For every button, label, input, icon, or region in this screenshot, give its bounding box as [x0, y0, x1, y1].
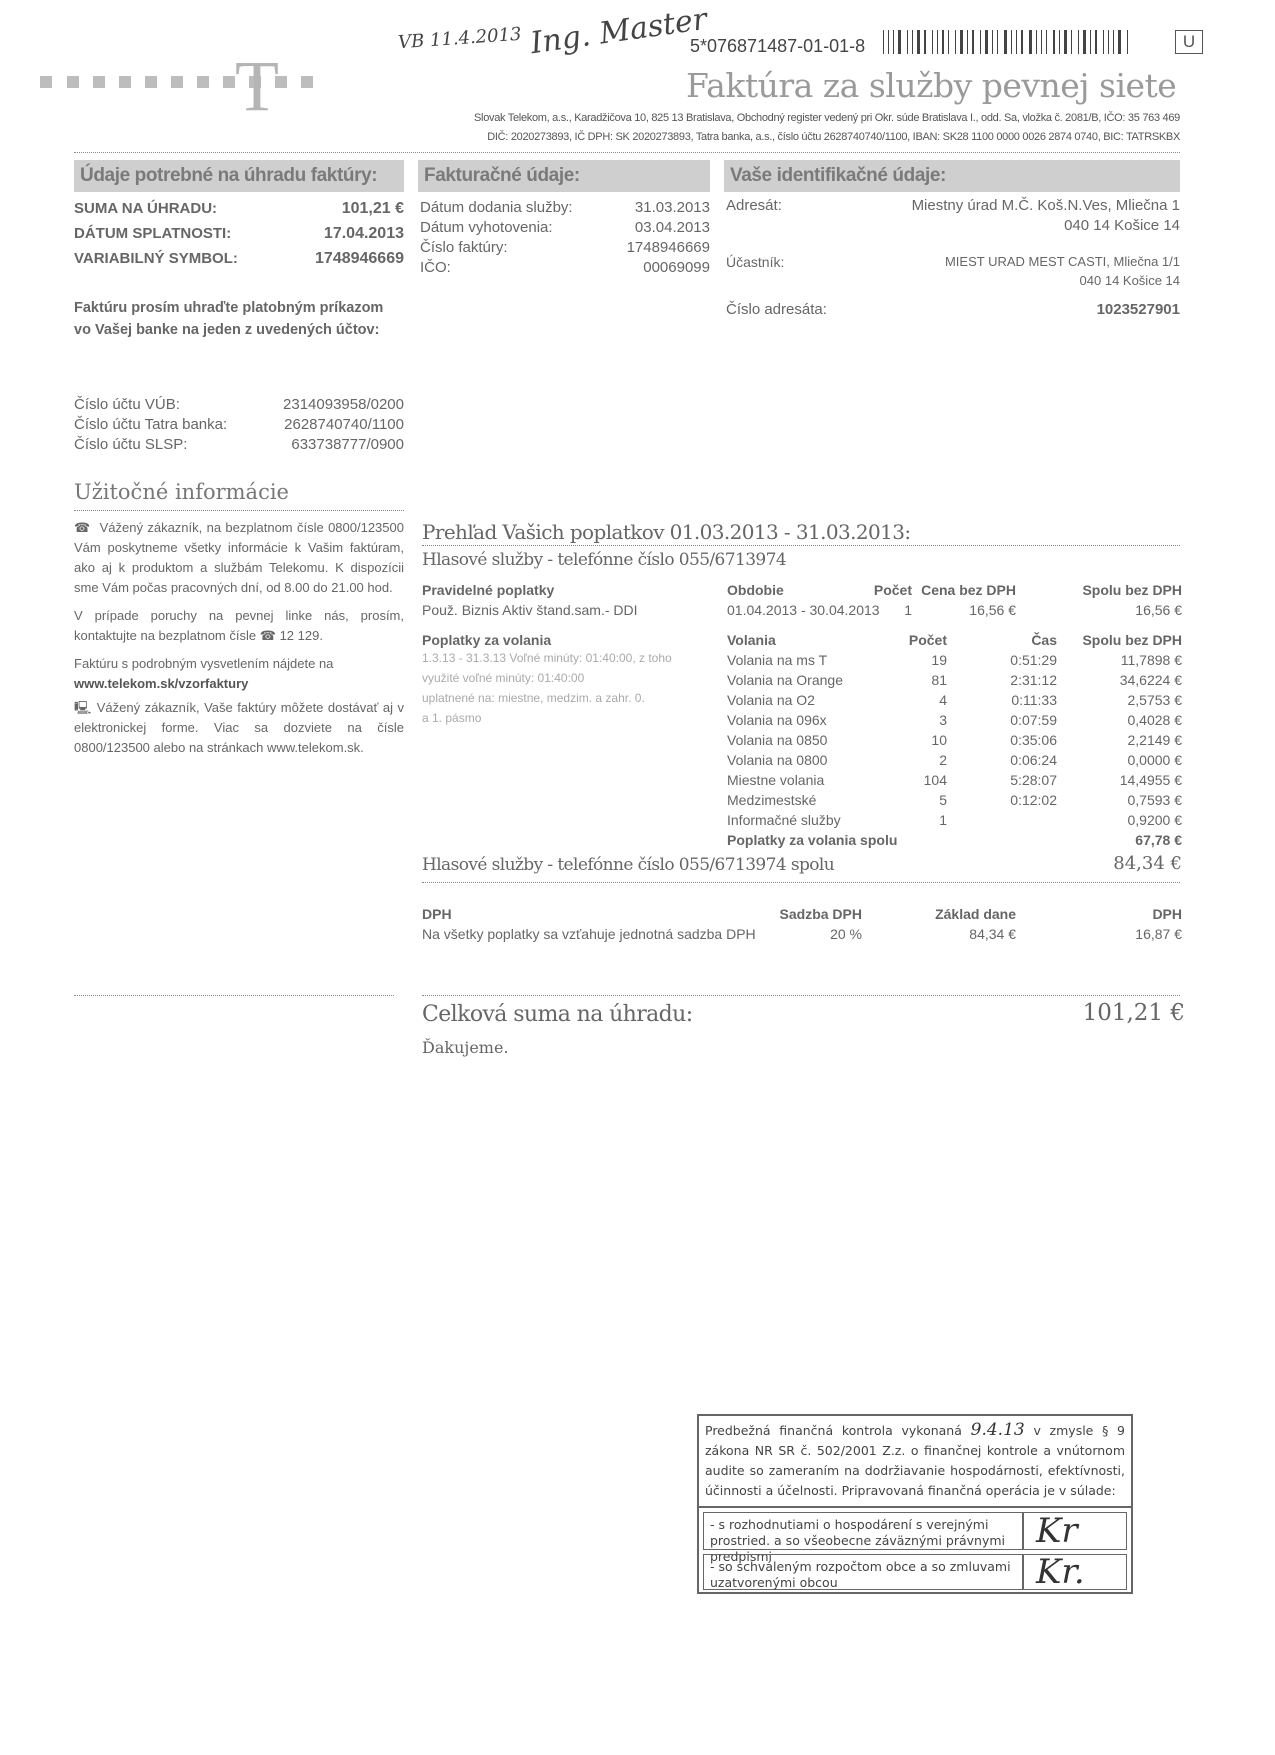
- table-row: Volania na 0850100:35:062,2149 €: [727, 730, 1182, 750]
- billing-row: IČO: 00069099: [420, 258, 710, 278]
- billing-row: Číslo faktúry: 1748946669: [420, 238, 710, 258]
- vat-header: DPH Sadzba DPH Základ dane DPH: [422, 906, 1182, 926]
- call-name: Volania na 096x: [727, 710, 887, 730]
- payment-instruction: Faktúru prosím uhraďte platobným príkazo…: [74, 297, 383, 341]
- info-text: V prípade poruchy na pevnej linke nás, p…: [74, 608, 404, 643]
- info-text: Vážený zákazník, na bezplatnom čísle 080…: [74, 520, 404, 595]
- addressee-line-2: 040 14 Košice 14: [726, 216, 1180, 236]
- info-paragraph: ☎ Vážený zákazník, na bezplatnom čísle 0…: [74, 518, 404, 598]
- call-name: Miestne volania: [727, 770, 887, 790]
- col-header: Počet: [887, 630, 947, 650]
- call-total: 0,7593 €: [1057, 790, 1182, 810]
- stamp-date: 9.4.13: [971, 1420, 1025, 1440]
- call-note-line: 1.3.13 - 31.3.13 Voľné minúty: 01:40:00,…: [422, 648, 672, 668]
- call-name: Informačné služby: [727, 810, 887, 830]
- legal-line-1: Slovak Telekom, a.s., Karadžičova 10, 82…: [360, 112, 1180, 124]
- col-header: Sadzba DPH: [780, 906, 862, 922]
- total-label: Celková suma na úhradu:: [422, 1002, 693, 1027]
- delivery-date-label: Dátum dodania služby:: [420, 198, 573, 218]
- fee-count: 1: [904, 602, 912, 618]
- call-count: 5: [887, 790, 947, 810]
- account-row: Číslo účtu VÚB: 2314093958/0200: [74, 395, 404, 415]
- call-total: 2,2149 €: [1057, 730, 1182, 750]
- service-total-value: 84,34 €: [1000, 853, 1182, 874]
- barcode-icon: [883, 30, 1153, 54]
- ico-value: 00069099: [643, 258, 710, 278]
- delivery-date-value: 31.03.2013: [635, 198, 710, 218]
- col-header: Pravidelné poplatky: [422, 582, 554, 598]
- vat-base: 84,34 €: [969, 926, 1016, 942]
- col-header: DPH: [1152, 906, 1182, 922]
- vat-description: Na všetky poplatky sa vzťahuje jednotná …: [422, 926, 756, 942]
- call-time: 0:07:59: [947, 710, 1057, 730]
- table-row: Volania na 080020:06:240,0000 €: [727, 750, 1182, 770]
- call-name: Medzimestské: [727, 790, 887, 810]
- calls-table: Volania Počet Čas Spolu bez DPH Volania …: [727, 630, 1182, 850]
- billing-row: Dátum dodania služby: 31.03.2013: [420, 198, 710, 218]
- call-count: 104: [887, 770, 947, 790]
- info-paragraph: Faktúru s podrobným vysvetlením nájdete …: [74, 654, 404, 694]
- useful-info-heading: Užitočné informácie: [74, 480, 289, 504]
- call-time: [947, 810, 1057, 830]
- table-row: Na všetky poplatky sa vzťahuje jednotná …: [422, 926, 1182, 946]
- handwritten-note: VB 11.4.2013: [397, 24, 522, 54]
- col-header: Spolu bez DPH: [1057, 630, 1182, 650]
- call-count: 3: [887, 710, 947, 730]
- call-name: Volania na ms T: [727, 650, 887, 670]
- divider: [74, 995, 394, 996]
- divider: [422, 995, 1180, 996]
- fee-name: Použ. Biznis Aktiv štand.sam.- DDI: [422, 602, 638, 618]
- call-total: 11,7898 €: [1057, 650, 1182, 670]
- billing-row: Dátum vyhotovenia: 03.04.2013: [420, 218, 710, 238]
- service-total-label: Hlasové služby - telefónne číslo 055/671…: [422, 855, 834, 875]
- variable-symbol-value: 1748946669: [315, 250, 404, 275]
- payment-row: DÁTUM SPLATNOSTI: 17.04.2013: [74, 225, 404, 250]
- signature-2: Kr.: [1023, 1554, 1127, 1590]
- financial-control-stamp: Predbežná finančná kontrola vykonaná 9.4…: [697, 1414, 1133, 1594]
- info-text: Vážený zákazník, Vaše faktúry môžete dos…: [74, 700, 404, 755]
- call-total: 2,5753 €: [1057, 690, 1182, 710]
- payment-row: VARIABILNÝ SYMBOL: 1748946669: [74, 250, 404, 275]
- col-header: Volania: [727, 630, 887, 650]
- regular-fees-header: Pravidelné poplatky Obdobie Počet Cena b…: [422, 582, 1182, 602]
- table-row: Informačné služby10,9200 €: [727, 810, 1182, 830]
- addressee-number: 1023527901: [1097, 300, 1180, 320]
- instruction-line-1: Faktúru prosím uhraďte platobným príkazo…: [74, 297, 383, 319]
- account-label: Číslo účtu VÚB:: [74, 395, 180, 415]
- account-value: 2314093958/0200: [283, 395, 404, 415]
- stamp-item-2: - so schváleným rozpočtom obce a so zmlu…: [703, 1554, 1023, 1590]
- phone-icon: ☎: [260, 628, 276, 643]
- thanks-text: Ďakujeme.: [422, 1038, 509, 1057]
- computer-icon: 🖳: [74, 700, 92, 715]
- amount-label: SUMA NA ÚHRADU:: [74, 200, 217, 225]
- call-time: 0:51:29: [947, 650, 1057, 670]
- divider: [74, 510, 404, 511]
- payment-heading: Údaje potrebné na úhradu faktúry:: [74, 160, 404, 192]
- amount-value: 101,21 €: [342, 200, 404, 225]
- variable-symbol-label: VARIABILNÝ SYMBOL:: [74, 250, 238, 275]
- telekom-logo: T: [40, 42, 350, 112]
- call-name: Volania na O2: [727, 690, 887, 710]
- issue-date-label: Dátum vyhotovenia:: [420, 218, 553, 238]
- divider: [422, 545, 1180, 546]
- service-heading: Hlasové služby - telefónne číslo 055/671…: [422, 550, 786, 570]
- col-header: Základ dane: [935, 906, 1016, 922]
- invoice-number-value: 1748946669: [627, 238, 710, 258]
- account-label: Číslo účtu SLSP:: [74, 435, 187, 455]
- calls-subtotal-label: Poplatky za volania spolu: [727, 830, 1057, 850]
- call-time: 0:35:06: [947, 730, 1057, 750]
- addressee-label: Adresát:: [726, 196, 782, 216]
- billing-details: Dátum dodania služby: 31.03.2013 Dátum v…: [420, 198, 710, 278]
- addressee-number-label: Číslo adresáta:: [726, 300, 827, 320]
- account-value: 2628740740/1100: [284, 415, 404, 435]
- table-row: Miestne volania1045:28:0714,4955 €: [727, 770, 1182, 790]
- participant-label: Účastník:: [726, 252, 784, 272]
- call-note-line: a 1. pásmo: [422, 708, 672, 728]
- col-header: Obdobie: [727, 582, 784, 598]
- logo-letter: T: [235, 50, 279, 122]
- call-count: 10: [887, 730, 947, 750]
- document-title: Faktúra za služby pevnej siete: [686, 66, 1176, 105]
- account-row: Číslo účtu Tatra banka: 2628740740/1100: [74, 415, 404, 435]
- fault-number: 12 129.: [280, 628, 323, 643]
- account-value: 633738777/0900: [291, 435, 404, 455]
- payment-row: SUMA NA ÚHRADU: 101,21 €: [74, 200, 404, 225]
- call-time: 0:11:33: [947, 690, 1057, 710]
- signature-1: Kr: [1023, 1512, 1127, 1550]
- vat-rate: 20 %: [830, 926, 862, 942]
- overview-heading: Prehľad Vašich poplatkov 01.03.2013 - 31…: [422, 520, 911, 544]
- call-time: 2:31:12: [947, 670, 1057, 690]
- call-name: Volania na 0800: [727, 750, 887, 770]
- info-text: Faktúru s podrobným vysvetlením nájdete …: [74, 656, 333, 671]
- invoice-number-label: Číslo faktúry:: [420, 238, 508, 258]
- document-code: 5*076871487-01-01-8: [690, 36, 865, 57]
- table-row: Volania na ms T190:51:2911,7898 €: [727, 650, 1182, 670]
- call-total: 14,4955 €: [1057, 770, 1182, 790]
- stamp-text-a: Predbežná finančná kontrola vykonaná: [705, 1423, 962, 1438]
- due-date-value: 17.04.2013: [324, 225, 404, 250]
- col-header: DPH: [422, 906, 452, 922]
- account-label: Číslo účtu Tatra banka:: [74, 415, 227, 435]
- table-row: Volania na O240:11:332,5753 €: [727, 690, 1182, 710]
- col-header: Čas: [947, 630, 1057, 650]
- code-box: U: [1175, 30, 1203, 54]
- bank-accounts: Číslo účtu VÚB: 2314093958/0200 Číslo úč…: [74, 395, 404, 455]
- call-total: 0,9200 €: [1057, 810, 1182, 830]
- vat-table: DPH Sadzba DPH Základ dane DPH Na všetky…: [422, 906, 1182, 946]
- call-total: 0,0000 €: [1057, 750, 1182, 770]
- col-header: Spolu bez DPH: [1082, 582, 1182, 598]
- table-row: Volania na Orange812:31:1234,6224 €: [727, 670, 1182, 690]
- identification-details: Adresát: Miestny úrad M.Č. Koš.N.Ves, Ml…: [726, 196, 1180, 320]
- info-paragraph: V prípade poruchy na pevnej linke nás, p…: [74, 606, 404, 646]
- instruction-line-2: vo Vašej banke na jeden z uvedených účto…: [74, 319, 383, 341]
- call-count: 2: [887, 750, 947, 770]
- call-time: 5:28:07: [947, 770, 1057, 790]
- calls-subtotal-row: Poplatky za volania spolu 67,78 €: [727, 830, 1182, 850]
- table-row: Medzimestské50:12:020,7593 €: [727, 790, 1182, 810]
- phone-icon: ☎: [74, 520, 91, 535]
- call-count: 4: [887, 690, 947, 710]
- issue-date-value: 03.04.2013: [635, 218, 710, 238]
- table-row: Použ. Biznis Aktiv štand.sam.- DDI 01.04…: [422, 602, 1182, 622]
- table-row: Volania na 096x30:07:590,4028 €: [727, 710, 1182, 730]
- useful-info-body: ☎ Vážený zákazník, na bezplatnom čísle 0…: [74, 518, 404, 758]
- call-name: Volania na 0850: [727, 730, 887, 750]
- fee-total: 16,56 €: [1135, 602, 1182, 618]
- legal-line-2: DIČ: 2020273893, IČ DPH: SK 2020273893, …: [360, 131, 1180, 143]
- col-header: Počet: [874, 582, 912, 598]
- call-note-line: využité voľné minúty: 01:40:00: [422, 668, 672, 688]
- vat-amount: 16,87 €: [1135, 926, 1182, 942]
- call-count: 1: [887, 810, 947, 830]
- invoice-guide-link[interactable]: www.telekom.sk/vzorfaktury: [74, 676, 248, 691]
- divider: [74, 152, 1180, 153]
- account-row: Číslo účtu SLSP: 633738777/0900: [74, 435, 404, 455]
- call-total: 34,6224 €: [1057, 670, 1182, 690]
- payment-details: SUMA NA ÚHRADU: 101,21 € DÁTUM SPLATNOST…: [74, 200, 404, 275]
- addressee-line-1: Miestny úrad M.Č. Koš.N.Ves, Mliečna 1: [912, 196, 1180, 216]
- handwritten-signature: Ing. Master: [528, 2, 709, 61]
- identification-heading: Vaše identifikačné údaje:: [724, 160, 1180, 192]
- call-time: 0:12:02: [947, 790, 1057, 810]
- info-paragraph: 🖳 Vážený zákazník, Vaše faktúry môžete d…: [74, 698, 404, 758]
- fee-price: 16,56 €: [969, 602, 1016, 618]
- regular-fees-table: Pravidelné poplatky Obdobie Počet Cena b…: [422, 582, 1182, 622]
- ico-label: IČO:: [420, 258, 451, 278]
- stamp-item-1: - s rozhodnutiami o hospodárení s verejn…: [703, 1512, 1023, 1550]
- call-name: Volania na Orange: [727, 670, 887, 690]
- fee-period: 01.04.2013 - 30.04.2013: [727, 602, 880, 618]
- call-fees-notes: Poplatky za volania 1.3.13 - 31.3.13 Voľ…: [422, 632, 672, 728]
- call-count: 19: [887, 650, 947, 670]
- call-count: 81: [887, 670, 947, 690]
- participant-line-1: MIEST URAD MEST CASTI, Mliečna 1/1: [945, 252, 1180, 272]
- billing-heading: Fakturačné údaje:: [418, 160, 710, 192]
- divider: [422, 882, 1180, 883]
- total-value: 101,21 €: [980, 1000, 1185, 1026]
- participant-line-2: 040 14 Košice 14: [726, 272, 1180, 290]
- due-date-label: DÁTUM SPLATNOSTI:: [74, 225, 231, 250]
- call-fees-label: Poplatky za volania: [422, 632, 672, 648]
- call-total: 0,4028 €: [1057, 710, 1182, 730]
- stamp-text: Predbežná finančná kontrola vykonaná 9.4…: [699, 1416, 1131, 1508]
- call-note-line: uplatnené na: miestne, medzim. a zahr. 0…: [422, 688, 672, 708]
- calls-header: Volania Počet Čas Spolu bez DPH: [727, 630, 1182, 650]
- col-header: Cena bez DPH: [921, 582, 1016, 598]
- calls-subtotal-value: 67,78 €: [1057, 830, 1182, 850]
- call-time: 0:06:24: [947, 750, 1057, 770]
